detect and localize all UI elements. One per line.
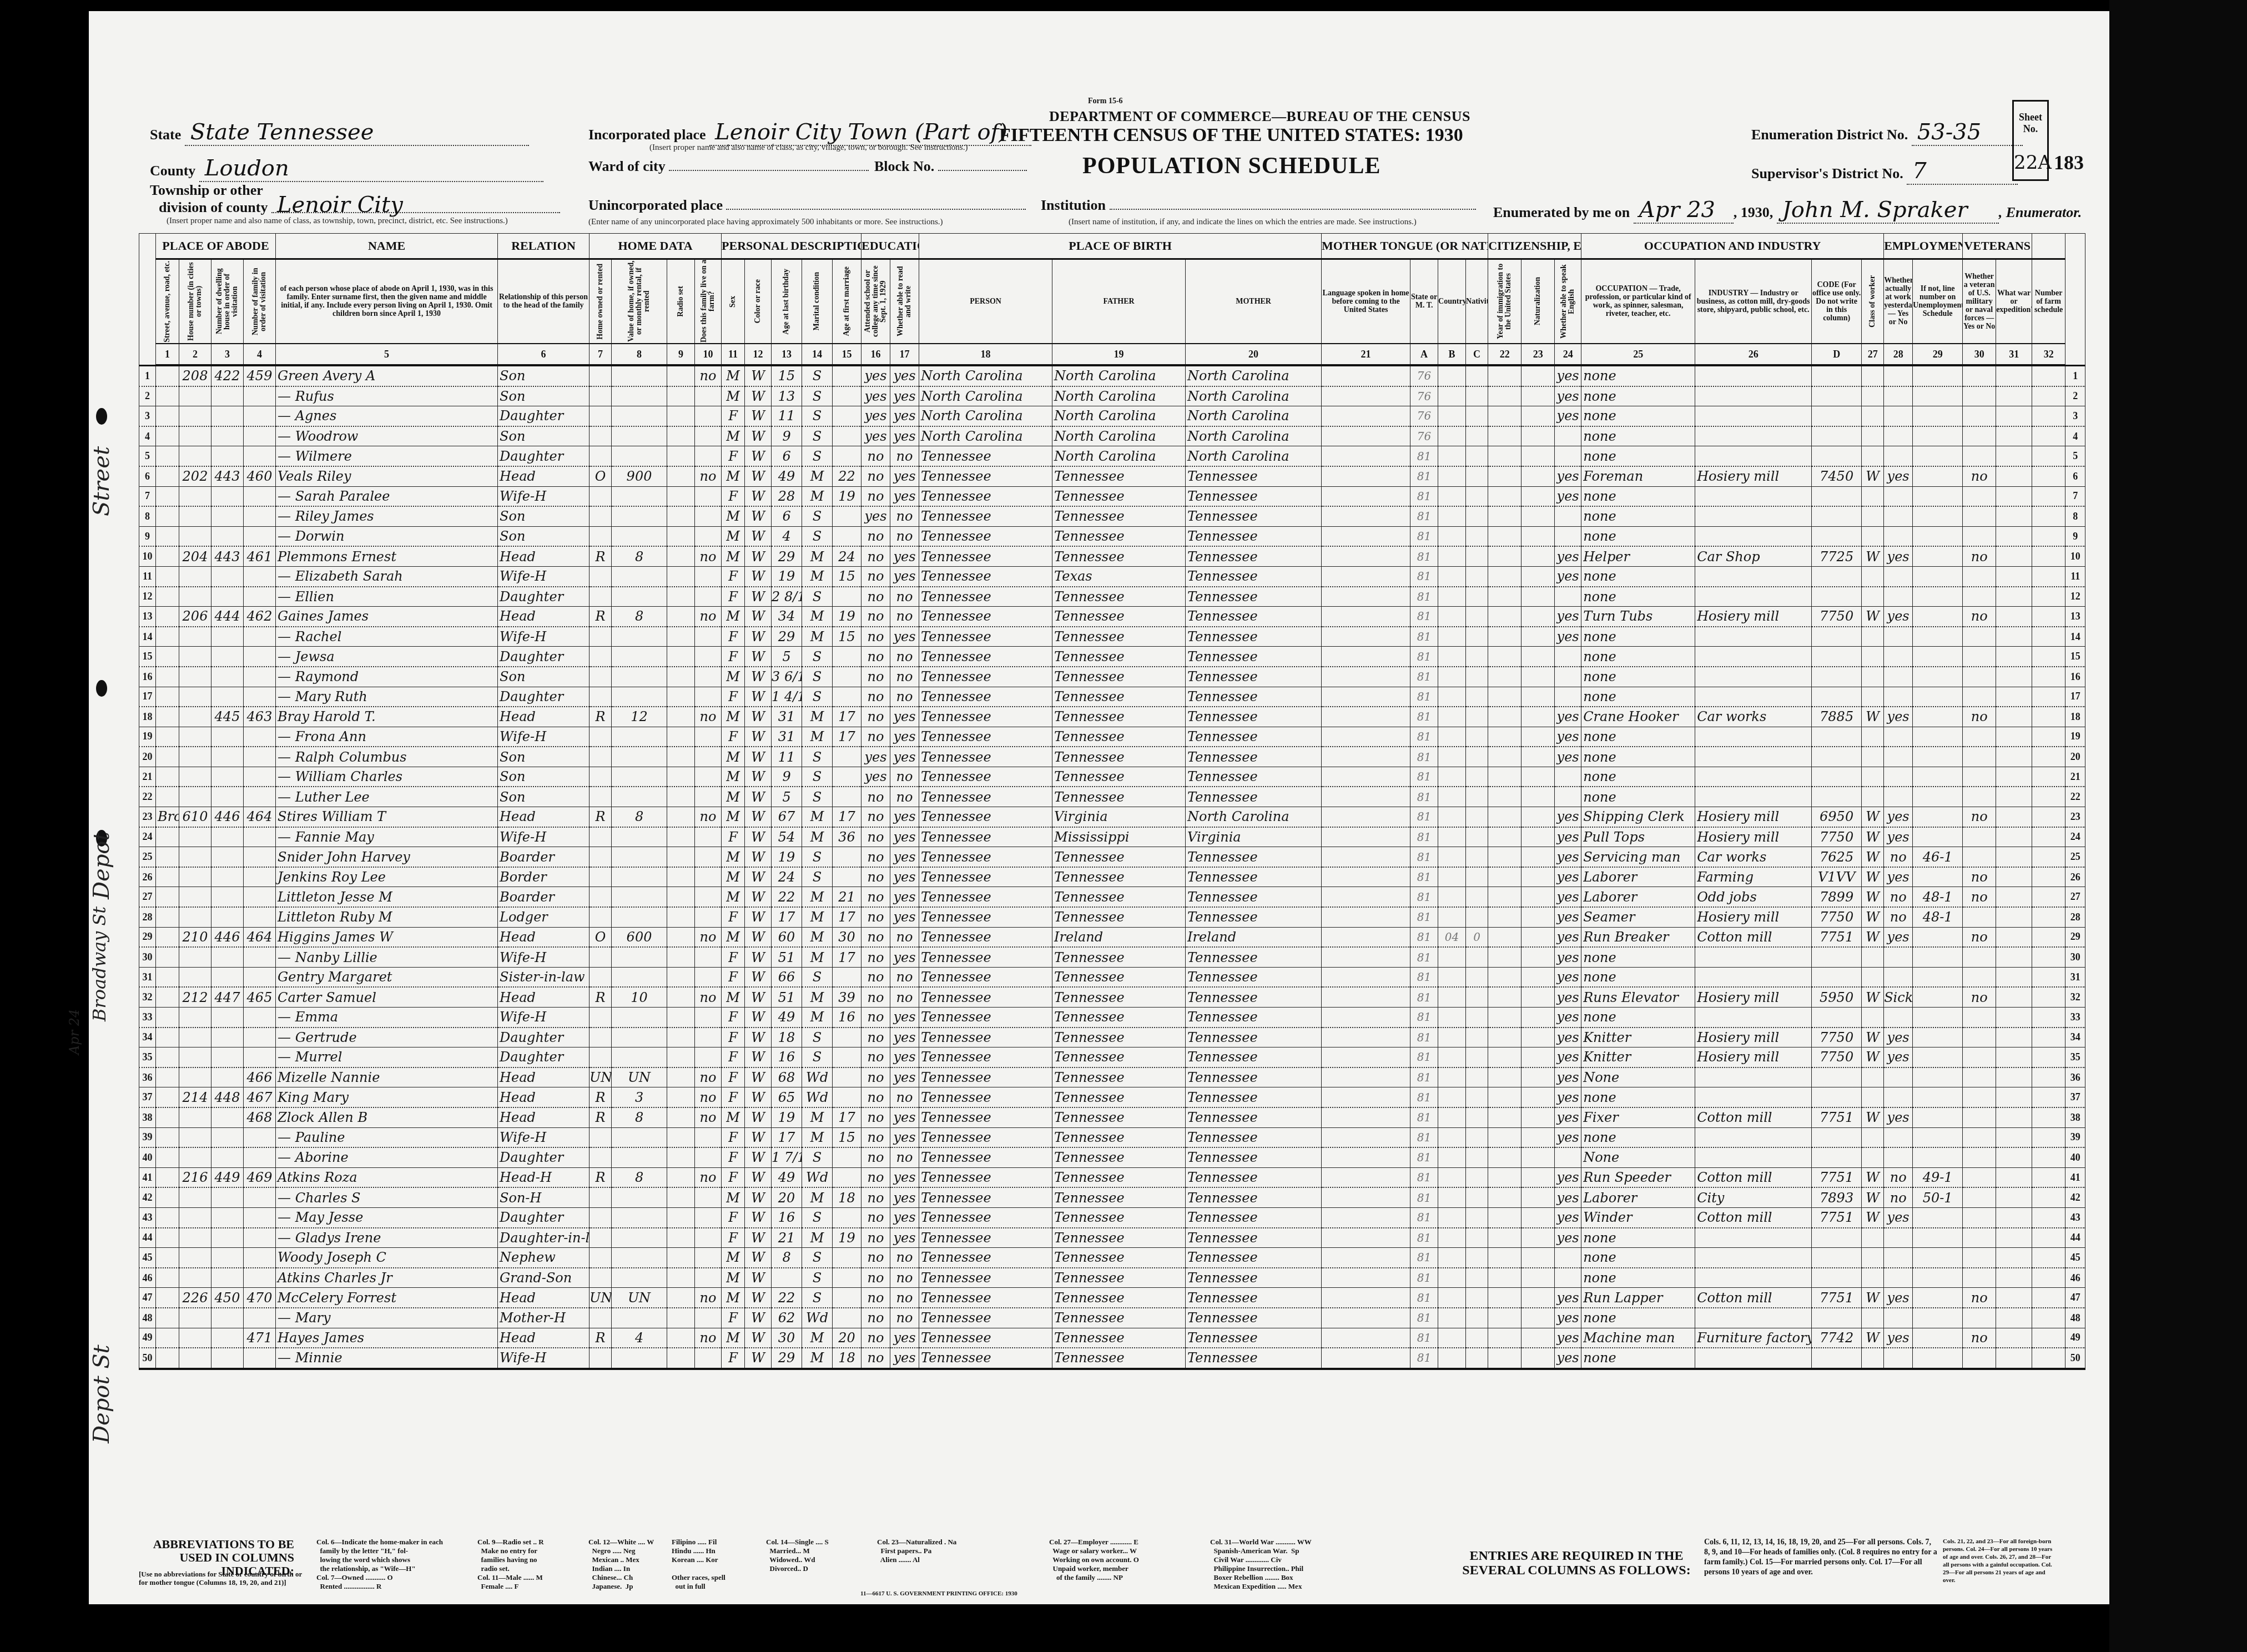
- cell-street: [156, 1008, 179, 1028]
- cell-class: W: [1862, 546, 1884, 566]
- cell-name: Littleton Ruby M: [276, 907, 498, 927]
- cell-code-a: 81: [1410, 446, 1438, 466]
- cell-dwelling: [211, 566, 244, 586]
- cell-pob-mother: Tennessee: [1186, 627, 1322, 647]
- table-row: 8— Riley JamesSonMW6SyesnoTennesseeTenne…: [139, 506, 2085, 526]
- cell-veteran: no: [1963, 987, 1996, 1007]
- cell-value: [612, 1147, 667, 1167]
- cell-school: no: [861, 867, 890, 887]
- cell-pob: North Carolina: [919, 406, 1052, 426]
- cell-code-a: 81: [1410, 1308, 1438, 1328]
- cell-pob-mother: Tennessee: [1186, 907, 1322, 927]
- cell-class: W: [1862, 1288, 1884, 1308]
- cell-street: [156, 647, 179, 667]
- cell-occupation: None: [1581, 1067, 1695, 1087]
- cell-family: [244, 486, 276, 506]
- cell-class: [1862, 947, 1884, 967]
- cell-house: [179, 1008, 211, 1028]
- cell-code-d: [1812, 1268, 1862, 1288]
- cell-natur: [1521, 807, 1555, 827]
- cell-natur: [1521, 1028, 1555, 1047]
- cell-veteran: no: [1963, 867, 1996, 887]
- cell-school: no: [861, 947, 890, 967]
- cell-class: [1862, 566, 1884, 586]
- cell-code-a: 81: [1410, 907, 1438, 927]
- cell-radio: [667, 767, 695, 787]
- cell-read: yes: [890, 1028, 919, 1047]
- cell-at-work: yes: [1884, 607, 1913, 627]
- cell-veteran: no: [1963, 887, 1996, 907]
- cell-age: 66: [772, 967, 802, 987]
- cell-occupation: Laborer: [1581, 887, 1695, 907]
- cell-marital: M: [802, 887, 833, 907]
- cell-code-c: [1466, 1187, 1488, 1207]
- supervisor-district-value: 7: [1907, 158, 2018, 185]
- abbr-col-23: Col. 23—Naturalized . Na First papers.. …: [877, 1538, 956, 1564]
- cell-value: [612, 566, 667, 586]
- cell-relation: Son: [498, 747, 590, 767]
- cell-class: W: [1862, 847, 1884, 867]
- cell-at-work: no: [1884, 887, 1913, 907]
- cell-dwelling: 449: [211, 1167, 244, 1187]
- cell-pob-mother: Tennessee: [1186, 1228, 1322, 1248]
- cell-code-d: [1812, 1067, 1862, 1087]
- cell-code-b: [1438, 446, 1466, 466]
- cell-at-work: [1884, 727, 1913, 747]
- cell-occupation: none: [1581, 1127, 1695, 1147]
- cell-name: Carter Samuel: [276, 987, 498, 1007]
- column-header: INDUSTRY — Industry or business, as cott…: [1695, 259, 1812, 344]
- cell-veteran: [1963, 1348, 1996, 1369]
- cell-class: [1862, 1228, 1884, 1248]
- cell-code-c: [1466, 446, 1488, 466]
- line-number-right: 16: [2065, 667, 2085, 687]
- enumeration-district-value: 53-35: [1912, 119, 2023, 146]
- cell-code-b: [1438, 1008, 1466, 1028]
- cell-sex: F: [722, 446, 745, 466]
- cell-at-work: yes: [1884, 1107, 1913, 1127]
- cell-tenure: R: [590, 607, 612, 627]
- cell-read: yes: [890, 707, 919, 727]
- cell-farm-sched: [2032, 627, 2065, 647]
- column-number: 14: [802, 344, 833, 365]
- cell-read: yes: [890, 1127, 919, 1147]
- cell-pob: Tennessee: [919, 1228, 1052, 1248]
- column-header: House number (in cities or towns): [179, 259, 211, 344]
- line-number: 33: [139, 1008, 156, 1028]
- cell-tenure: R: [590, 1328, 612, 1348]
- cell-unemp-line: [1913, 1067, 1963, 1087]
- county-value: Loudon: [199, 155, 543, 182]
- cell-street: [156, 365, 179, 386]
- cell-race: W: [745, 667, 772, 687]
- cell-lang: [1322, 1008, 1410, 1028]
- cell-farm: [695, 667, 722, 687]
- cell-code-d: [1812, 767, 1862, 787]
- cell-occupation: Turn Tubs: [1581, 607, 1695, 627]
- cell-lang: [1322, 1328, 1410, 1348]
- cell-house: 212: [179, 987, 211, 1007]
- cell-marital: S: [802, 847, 833, 867]
- cell-pob: Tennessee: [919, 607, 1052, 627]
- line-number: 28: [139, 907, 156, 927]
- cell-code-a: 81: [1410, 887, 1438, 907]
- cell-race: W: [745, 867, 772, 887]
- cell-industry: [1695, 426, 1812, 446]
- line-number: 17: [139, 687, 156, 707]
- cell-read: yes: [890, 406, 919, 426]
- cell-relation: Head: [498, 987, 590, 1007]
- cell-war: [1996, 1047, 2032, 1067]
- cell-tenure: UN: [590, 1067, 612, 1087]
- line-number: 2: [139, 386, 156, 406]
- cell-pob-father: North Carolina: [1052, 365, 1186, 386]
- cell-code-c: [1466, 1308, 1488, 1328]
- cell-sex: M: [722, 787, 745, 807]
- column-header: Naturalization: [1521, 259, 1555, 344]
- column-header: Whether a veteran of U.S. military or na…: [1963, 259, 1996, 344]
- cell-veteran: [1963, 1087, 1996, 1107]
- cell-veteran: [1963, 426, 1996, 446]
- cell-street: [156, 1107, 179, 1127]
- cell-read: yes: [890, 566, 919, 586]
- cell-pob-mother: Tennessee: [1186, 707, 1322, 727]
- cell-natur: [1521, 486, 1555, 506]
- cell-code-d: 7751: [1812, 927, 1862, 947]
- cell-english: yes: [1555, 1008, 1581, 1028]
- cell-war: [1996, 987, 2032, 1007]
- cell-english: yes: [1555, 927, 1581, 947]
- cell-name: Plemmons Ernest: [276, 546, 498, 566]
- cell-read: no: [890, 506, 919, 526]
- cell-read: no: [890, 647, 919, 667]
- cell-pob-mother: Tennessee: [1186, 1348, 1322, 1369]
- cell-immig: [1488, 1187, 1521, 1207]
- cell-street: [156, 566, 179, 586]
- cell-lang: [1322, 1107, 1410, 1127]
- cell-class: [1862, 1008, 1884, 1028]
- cell-pob: Tennessee: [919, 1067, 1052, 1087]
- column-number: 27: [1862, 344, 1884, 365]
- cell-code-b: [1438, 787, 1466, 807]
- cell-radio: [667, 627, 695, 647]
- cell-sex: F: [722, 1228, 745, 1248]
- cell-street: [156, 987, 179, 1007]
- column-header: Whether actually at work yesterday — Yes…: [1884, 259, 1913, 344]
- column-number: 10: [695, 344, 722, 365]
- cell-pob-mother: North Carolina: [1186, 406, 1322, 426]
- cell-pob-father: Tennessee: [1052, 1308, 1186, 1328]
- cell-immig: [1488, 446, 1521, 466]
- column-header: Number of farm schedule: [2032, 259, 2065, 344]
- cell-farm: no: [695, 1167, 722, 1187]
- cell-farm-sched: [2032, 727, 2065, 747]
- cell-farm: [695, 747, 722, 767]
- cell-pob-mother: Tennessee: [1186, 947, 1322, 967]
- cell-house: [179, 907, 211, 927]
- cell-farm: [695, 787, 722, 807]
- cell-age: 60: [772, 927, 802, 947]
- cell-school: no: [861, 566, 890, 586]
- line-number-right: 11: [2065, 566, 2085, 586]
- cell-relation: Head: [498, 707, 590, 727]
- line-number: 9: [139, 526, 156, 546]
- cell-war: [1996, 967, 2032, 987]
- cell-natur: [1521, 1147, 1555, 1167]
- cell-code-a: 81: [1410, 607, 1438, 627]
- line-number: 43: [139, 1207, 156, 1227]
- margin-note-broadway: Broadway St: [89, 883, 110, 1021]
- cell-read: yes: [890, 947, 919, 967]
- cell-code-b: [1438, 827, 1466, 847]
- cell-relation: Son: [498, 426, 590, 446]
- cell-code-b: [1438, 1288, 1466, 1308]
- cell-code-d: [1812, 526, 1862, 546]
- cell-pob-father: Tennessee: [1052, 887, 1186, 907]
- cell-sex: M: [722, 1328, 745, 1348]
- cell-class: [1862, 1308, 1884, 1328]
- cell-immig: [1488, 727, 1521, 747]
- cell-age-marr: 17: [833, 727, 861, 747]
- cell-pob-father: Tennessee: [1052, 787, 1186, 807]
- cell-natur: [1521, 1308, 1555, 1328]
- binding-hole: [96, 680, 107, 697]
- cell-pob-father: Tennessee: [1052, 1087, 1186, 1107]
- cell-natur: [1521, 1087, 1555, 1107]
- cell-age-marr: [833, 1167, 861, 1187]
- cell-veteran: [1963, 847, 1996, 867]
- cell-dwelling: [211, 687, 244, 707]
- cell-street: [156, 446, 179, 466]
- cell-school: no: [861, 1348, 890, 1369]
- cell-age-marr: 20: [833, 1328, 861, 1348]
- table-row: 25Snider John HarveyBoarderMW19SnoyesTen…: [139, 847, 2085, 867]
- cell-pob-father: Tennessee: [1052, 1288, 1186, 1308]
- cell-code-b: [1438, 987, 1466, 1007]
- cell-at-work: [1884, 426, 1913, 446]
- cell-house: [179, 486, 211, 506]
- cell-farm: [695, 1207, 722, 1227]
- cell-dwelling: [211, 1047, 244, 1067]
- cell-family: 464: [244, 927, 276, 947]
- cell-family: [244, 1147, 276, 1167]
- cell-occupation: none: [1581, 386, 1695, 406]
- cell-marital: Wd: [802, 1167, 833, 1187]
- cell-industry: Hosiery mill: [1695, 1047, 1812, 1067]
- department-title: DEPARTMENT OF COMMERCE—BUREAU OF THE CEN…: [1049, 108, 1470, 125]
- cell-house: [179, 947, 211, 967]
- column-header: Age at last birthday: [772, 259, 802, 344]
- cell-name: Atkins Roza: [276, 1167, 498, 1187]
- cell-radio: [667, 1127, 695, 1147]
- cell-tenure: [590, 365, 612, 386]
- incorporated-place-value: Lenoir City Town (Part of): [709, 119, 1031, 146]
- cell-farm: no: [695, 1087, 722, 1107]
- column-number: 25: [1581, 344, 1695, 365]
- cell-war: [1996, 526, 2032, 546]
- cell-immig: [1488, 1147, 1521, 1167]
- cell-english: yes: [1555, 1328, 1581, 1348]
- cell-age: 19: [772, 566, 802, 586]
- cell-name: Higgins James W: [276, 927, 498, 947]
- cell-natur: [1521, 587, 1555, 607]
- cell-value: [612, 727, 667, 747]
- cell-name: — Frona Ann: [276, 727, 498, 747]
- cell-read: no: [890, 767, 919, 787]
- enumerator-name: John M. Spraker: [1777, 197, 1999, 224]
- cell-occupation: Fixer: [1581, 1107, 1695, 1127]
- cell-value: 4: [612, 1328, 667, 1348]
- cell-code-c: [1466, 1028, 1488, 1047]
- cell-war: [1996, 506, 2032, 526]
- cell-age-marr: 22: [833, 466, 861, 486]
- cell-code-c: [1466, 1288, 1488, 1308]
- cell-farm-sched: [2032, 767, 2065, 787]
- cell-english: yes: [1555, 707, 1581, 727]
- cell-immig: [1488, 747, 1521, 767]
- cell-code-b: [1438, 627, 1466, 647]
- cell-industry: [1695, 1087, 1812, 1107]
- cell-code-a: 81: [1410, 747, 1438, 767]
- cell-code-d: [1812, 486, 1862, 506]
- cell-house: [179, 526, 211, 546]
- cell-value: [612, 667, 667, 687]
- cell-read: no: [890, 1308, 919, 1328]
- cell-class: [1862, 787, 1884, 807]
- cell-read: yes: [890, 486, 919, 506]
- cell-industry: Cotton mill: [1695, 1288, 1812, 1308]
- cell-immig: [1488, 1067, 1521, 1087]
- cell-code-d: 7751: [1812, 1167, 1862, 1187]
- cell-industry: [1695, 1308, 1812, 1328]
- page-number: 183: [2054, 151, 2084, 174]
- cell-code-a: 81: [1410, 987, 1438, 1007]
- line-number: 21: [139, 767, 156, 787]
- cell-lang: [1322, 887, 1410, 907]
- line-number-right: 47: [2065, 1288, 2085, 1308]
- column-number: 19: [1052, 344, 1186, 365]
- cell-code-b: [1438, 707, 1466, 727]
- cell-at-work: [1884, 406, 1913, 426]
- cell-tenure: [590, 907, 612, 927]
- cell-pob-mother: Tennessee: [1186, 667, 1322, 687]
- cell-dwelling: [211, 627, 244, 647]
- cell-radio: [667, 386, 695, 406]
- cell-marital: M: [802, 827, 833, 847]
- cell-sex: M: [722, 506, 745, 526]
- cell-read: no: [890, 1147, 919, 1167]
- table-row: 27Littleton Jesse MBoarderMW22M21noyesTe…: [139, 887, 2085, 907]
- cell-radio: [667, 687, 695, 707]
- cell-family: 460: [244, 466, 276, 486]
- cell-farm: [695, 1248, 722, 1268]
- cell-street: [156, 1187, 179, 1207]
- cell-english: [1555, 506, 1581, 526]
- cell-house: 210: [179, 927, 211, 947]
- cell-radio: [667, 967, 695, 987]
- cell-industry: [1695, 526, 1812, 546]
- cell-sex: F: [722, 1167, 745, 1187]
- line-number: 27: [139, 887, 156, 907]
- cell-english: yes: [1555, 1167, 1581, 1187]
- cell-relation: Wife-H: [498, 1348, 590, 1369]
- cell-age-marr: [833, 1047, 861, 1067]
- cell-pob-mother: Tennessee: [1186, 887, 1322, 907]
- cell-immig: [1488, 847, 1521, 867]
- cell-farm-sched: [2032, 967, 2065, 987]
- column-number: 12: [745, 344, 772, 365]
- cell-farm-sched: [2032, 1167, 2065, 1187]
- cell-race: W: [745, 1288, 772, 1308]
- cell-pob-mother: Tennessee: [1186, 506, 1322, 526]
- column-header: Color or race: [745, 259, 772, 344]
- cell-sex: M: [722, 607, 745, 627]
- cell-farm: [695, 1047, 722, 1067]
- cell-family: [244, 406, 276, 426]
- cell-dwelling: [211, 1248, 244, 1268]
- cell-dwelling: [211, 667, 244, 687]
- cell-occupation: none: [1581, 1348, 1695, 1369]
- cell-school: no: [861, 1067, 890, 1087]
- cell-pob-father: Tennessee: [1052, 1348, 1186, 1369]
- cell-at-work: yes: [1884, 827, 1913, 847]
- cell-code-a: 81: [1410, 486, 1438, 506]
- cell-relation: Wife-H: [498, 1008, 590, 1028]
- cell-family: 461: [244, 546, 276, 566]
- cell-at-work: [1884, 667, 1913, 687]
- table-row: 17— Mary RuthDaughterFW1 4/12SnonoTennes…: [139, 687, 2085, 707]
- cell-code-c: [1466, 587, 1488, 607]
- cell-code-c: [1466, 1087, 1488, 1107]
- cell-age: 29: [772, 627, 802, 647]
- cell-immig: [1488, 1207, 1521, 1227]
- cell-value: [612, 1187, 667, 1207]
- cell-age-marr: 36: [833, 827, 861, 847]
- cell-tenure: R: [590, 1167, 612, 1187]
- cell-pob: Tennessee: [919, 566, 1052, 586]
- cell-unemp-line: [1913, 446, 1963, 466]
- cell-sex: F: [722, 967, 745, 987]
- cell-pob: Tennessee: [919, 747, 1052, 767]
- cell-read: yes: [890, 1067, 919, 1087]
- cell-age: 6: [772, 506, 802, 526]
- cell-age: 51: [772, 987, 802, 1007]
- column-number: 22: [1488, 344, 1521, 365]
- cell-name: — Raymond: [276, 667, 498, 687]
- cell-unemp-line: [1913, 807, 1963, 827]
- cell-industry: Car works: [1695, 707, 1812, 727]
- cell-radio: [667, 1047, 695, 1067]
- cell-code-d: [1812, 406, 1862, 426]
- cell-veteran: no: [1963, 1288, 1996, 1308]
- cell-pob: Tennessee: [919, 787, 1052, 807]
- cell-age: 19: [772, 847, 802, 867]
- line-number-right: 38: [2065, 1107, 2085, 1127]
- cell-pob-father: North Carolina: [1052, 446, 1186, 466]
- table-row: 32212447465Carter SamuelHeadR10noMW51M39…: [139, 987, 2085, 1007]
- cell-radio: [667, 1328, 695, 1348]
- cell-code-d: 7750: [1812, 1028, 1862, 1047]
- cell-read: yes: [890, 1008, 919, 1028]
- table-row: 48— MaryMother-HFW62WdnonoTennesseeTenne…: [139, 1308, 2085, 1328]
- cell-veteran: no: [1963, 1328, 1996, 1348]
- cell-farm: [695, 1348, 722, 1369]
- cell-occupation: Shipping Clerk: [1581, 807, 1695, 827]
- line-number-right: 45: [2065, 1248, 2085, 1268]
- cell-marital: S: [802, 386, 833, 406]
- cell-code-a: 81: [1410, 1008, 1438, 1028]
- cell-code-d: 7750: [1812, 607, 1862, 627]
